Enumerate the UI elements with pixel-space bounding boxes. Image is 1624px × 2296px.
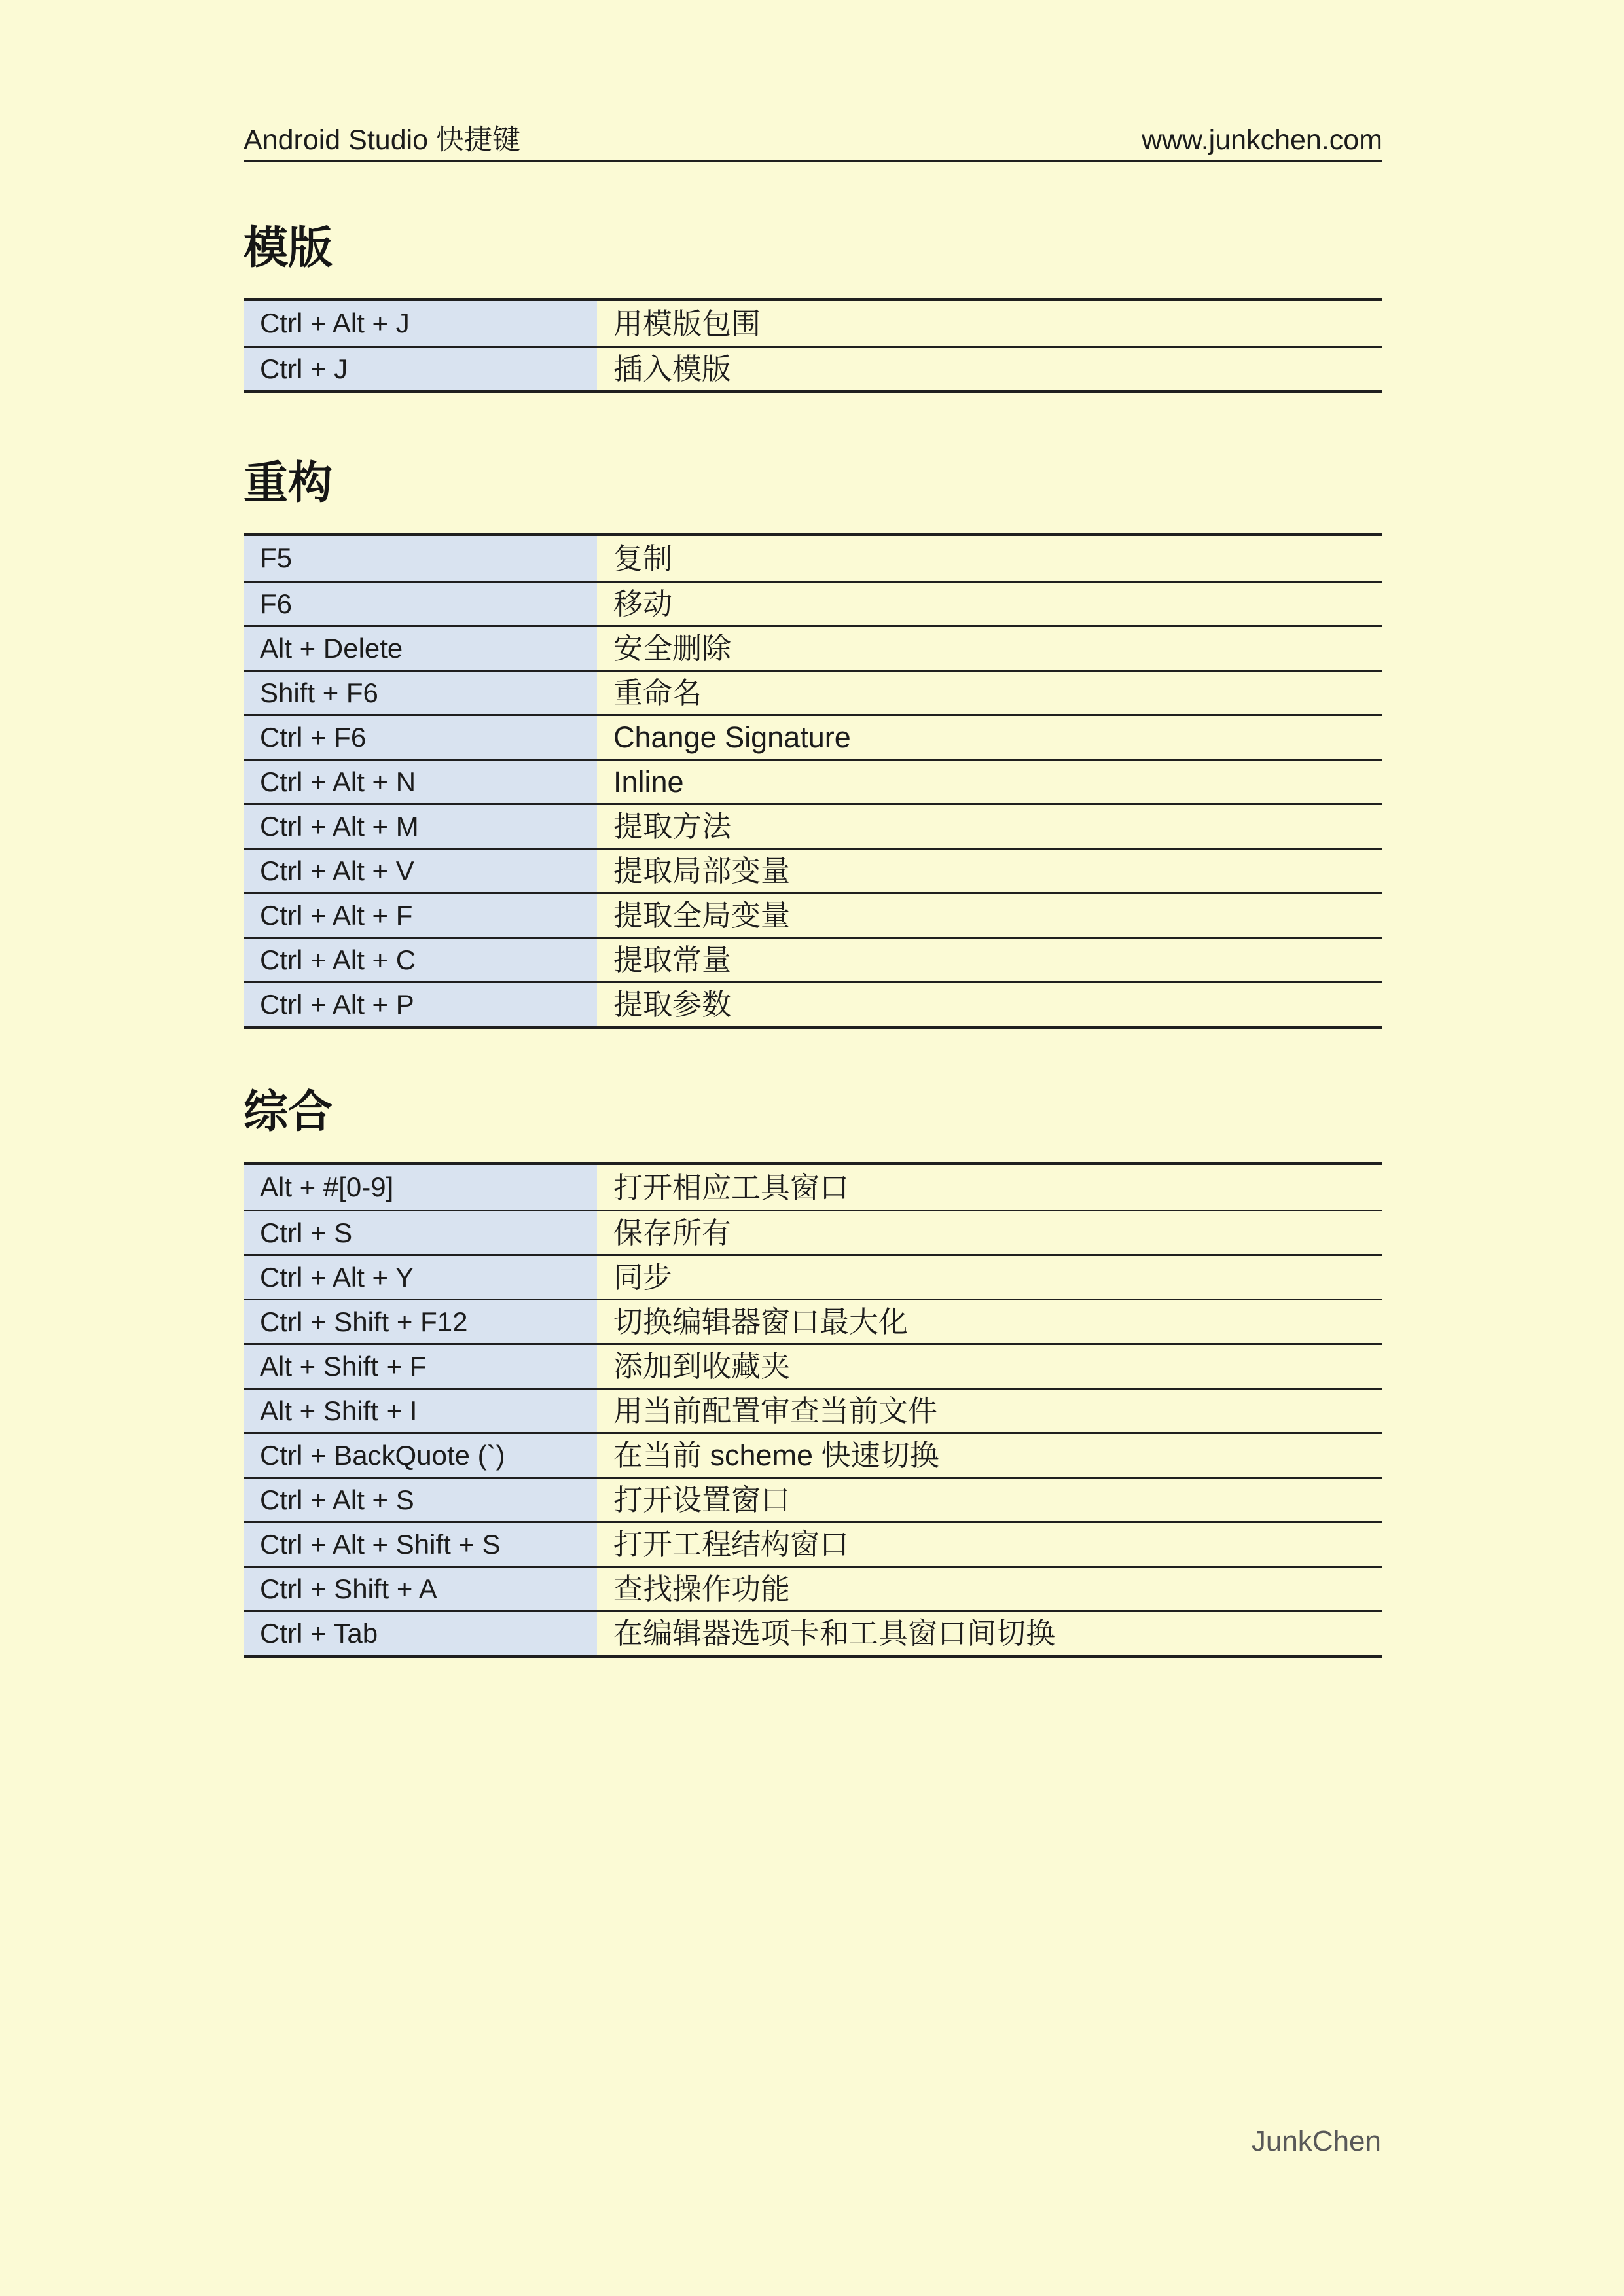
table-row: Shift + F6 重命名	[244, 670, 1382, 714]
shortcut-section: 综合 Alt + #[0-9] 打开相应工具窗口 Ctrl + S 保存所有 C…	[244, 1087, 1382, 1658]
shortcut-section: 模版 Ctrl + Alt + J 用模版包围 Ctrl + J 插入模版	[244, 223, 1382, 393]
shortcut-description-cell: 用模版包围	[597, 301, 1382, 346]
shortcut-description-cell: 打开相应工具窗口	[597, 1165, 1382, 1210]
section-title: 综合	[244, 1087, 1382, 1137]
shortcut-key-cell: Alt + Shift + F	[244, 1345, 597, 1388]
shortcut-description-cell: 重命名	[597, 672, 1382, 714]
table-row: Ctrl + Tab 在编辑器选项卡和工具窗口间切换	[244, 1610, 1382, 1655]
shortcut-key-cell: Shift + F6	[244, 672, 597, 714]
table-row: F5 复制	[244, 536, 1382, 581]
table-row: Ctrl + Alt + V 提取局部变量	[244, 848, 1382, 892]
shortcut-description-cell: 提取全局变量	[597, 894, 1382, 937]
shortcut-key-cell: Ctrl + F6	[244, 716, 597, 759]
section-title: 重构	[244, 458, 1382, 508]
section-title: 模版	[244, 223, 1382, 273]
shortcut-key-cell: F5	[244, 536, 597, 581]
table-row: Ctrl + Shift + A 查找操作功能	[244, 1566, 1382, 1610]
table-row: F6 移动	[244, 581, 1382, 625]
shortcut-description-cell: 打开工程结构窗口	[597, 1523, 1382, 1566]
shortcut-key-cell: Ctrl + Alt + V	[244, 850, 597, 892]
table-row: Alt + Shift + F 添加到收藏夹	[244, 1343, 1382, 1388]
shortcut-key-cell: Ctrl + Alt + J	[244, 301, 597, 346]
shortcut-key-cell: Alt + Shift + I	[244, 1390, 597, 1432]
shortcut-description-cell: 提取方法	[597, 805, 1382, 848]
shortcut-key-cell: Alt + Delete	[244, 627, 597, 670]
shortcut-description-cell: 安全删除	[597, 627, 1382, 670]
shortcut-description-cell: Inline	[597, 761, 1382, 803]
table-row: Ctrl + S 保存所有	[244, 1210, 1382, 1254]
shortcut-description-cell: 查找操作功能	[597, 1568, 1382, 1610]
table-row: Alt + #[0-9] 打开相应工具窗口	[244, 1165, 1382, 1210]
shortcut-key-cell: Ctrl + Alt + S	[244, 1479, 597, 1521]
shortcut-description-cell: 打开设置窗口	[597, 1479, 1382, 1521]
shortcut-section: 重构 F5 复制 F6 移动 Alt + Delete 安全删除 Shift +…	[244, 458, 1382, 1029]
shortcut-description-cell: 提取局部变量	[597, 850, 1382, 892]
shortcut-description-cell: 在编辑器选项卡和工具窗口间切换	[597, 1612, 1382, 1655]
shortcut-table: Alt + #[0-9] 打开相应工具窗口 Ctrl + S 保存所有 Ctrl…	[244, 1162, 1382, 1658]
shortcut-description-cell: Change Signature	[597, 716, 1382, 759]
shortcut-table: Ctrl + Alt + J 用模版包围 Ctrl + J 插入模版	[244, 298, 1382, 393]
table-row: Ctrl + Alt + P 提取参数	[244, 981, 1382, 1026]
shortcut-key-cell: Ctrl + Tab	[244, 1612, 597, 1655]
table-row: Ctrl + Shift + F12 切换编辑器窗口最大化	[244, 1299, 1382, 1343]
table-row: Ctrl + BackQuote (`) 在当前 scheme 快速切换	[244, 1432, 1382, 1477]
page-footer: JunkChen	[1252, 2125, 1381, 2159]
shortcut-key-cell: Ctrl + Alt + F	[244, 894, 597, 937]
shortcut-key-cell: Alt + #[0-9]	[244, 1165, 597, 1210]
shortcut-key-cell: Ctrl + Alt + C	[244, 939, 597, 981]
shortcut-key-cell: Ctrl + Alt + Y	[244, 1256, 597, 1299]
shortcut-description-cell: 提取常量	[597, 939, 1382, 981]
shortcut-key-cell: Ctrl + Shift + F12	[244, 1300, 597, 1343]
table-row: Ctrl + Alt + S 打开设置窗口	[244, 1477, 1382, 1521]
table-row: Ctrl + Alt + M 提取方法	[244, 803, 1382, 848]
shortcut-description-cell: 复制	[597, 536, 1382, 581]
table-row: Alt + Delete 安全删除	[244, 625, 1382, 670]
shortcut-key-cell: Ctrl + Alt + P	[244, 983, 597, 1026]
footer-author: JunkChen	[1252, 2125, 1381, 2157]
table-row: Ctrl + Alt + N Inline	[244, 759, 1382, 803]
shortcut-description-cell: 添加到收藏夹	[597, 1345, 1382, 1388]
shortcut-key-cell: Ctrl + S	[244, 1211, 597, 1254]
shortcut-key-cell: Ctrl + Alt + N	[244, 761, 597, 803]
shortcut-description-cell: 插入模版	[597, 348, 1382, 390]
shortcut-description-cell: 在当前 scheme 快速切换	[597, 1434, 1382, 1477]
shortcut-table: F5 复制 F6 移动 Alt + Delete 安全删除 Shift + F6…	[244, 533, 1382, 1029]
table-row: Ctrl + Alt + Y 同步	[244, 1254, 1382, 1299]
shortcut-description-cell: 用当前配置审查当前文件	[597, 1390, 1382, 1432]
table-row: Ctrl + J 插入模版	[244, 346, 1382, 390]
shortcut-key-cell: Ctrl + Shift + A	[244, 1568, 597, 1610]
table-row: Ctrl + Alt + C 提取常量	[244, 937, 1382, 981]
table-row: Alt + Shift + I 用当前配置审查当前文件	[244, 1388, 1382, 1432]
table-row: Ctrl + Alt + F 提取全局变量	[244, 892, 1382, 937]
shortcut-description-cell: 切换编辑器窗口最大化	[597, 1300, 1382, 1343]
shortcut-key-cell: Ctrl + Alt + M	[244, 805, 597, 848]
shortcut-key-cell: Ctrl + J	[244, 348, 597, 390]
shortcut-description-cell: 移动	[597, 583, 1382, 625]
sections-container: 模版 Ctrl + Alt + J 用模版包围 Ctrl + J 插入模版 重构…	[0, 0, 1624, 2296]
shortcut-description-cell: 提取参数	[597, 983, 1382, 1026]
shortcut-description-cell: 保存所有	[597, 1211, 1382, 1254]
shortcut-description-cell: 同步	[597, 1256, 1382, 1299]
document-page: Android Studio 快捷键 www.junkchen.com 模版 C…	[0, 0, 1624, 2296]
shortcut-key-cell: F6	[244, 583, 597, 625]
table-row: Ctrl + Alt + Shift + S 打开工程结构窗口	[244, 1521, 1382, 1566]
table-row: Ctrl + F6 Change Signature	[244, 714, 1382, 759]
table-row: Ctrl + Alt + J 用模版包围	[244, 301, 1382, 346]
shortcut-key-cell: Ctrl + BackQuote (`)	[244, 1434, 597, 1477]
shortcut-key-cell: Ctrl + Alt + Shift + S	[244, 1523, 597, 1566]
